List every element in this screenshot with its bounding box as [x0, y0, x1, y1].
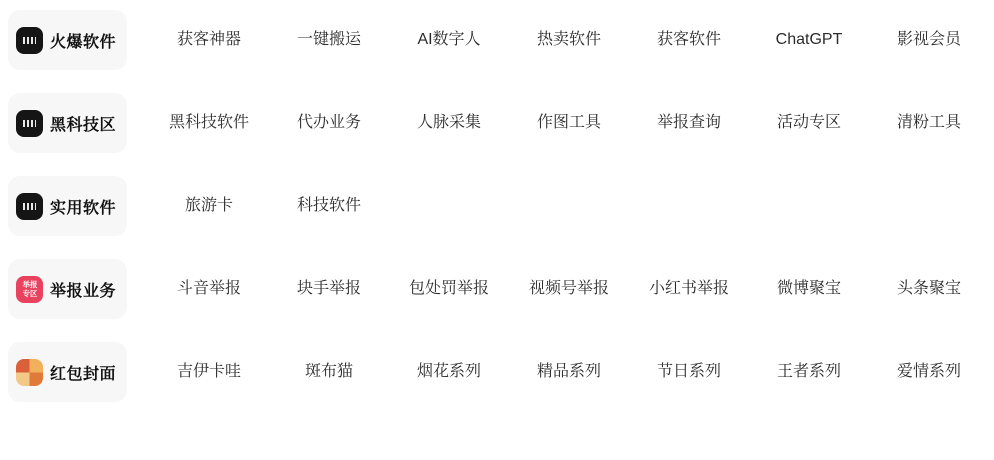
category-item[interactable]: 获客软件 [629, 10, 749, 70]
category-row-report-business: 举报 专区 举报业务 斗音举报 块手举报 包处罚举报 视频号举报 小红书举报 微… [0, 259, 994, 319]
category-item[interactable]: 活动专区 [749, 93, 869, 153]
category-item[interactable]: 包处罚举报 [389, 259, 509, 319]
item-list: 斗音举报 块手举报 包处罚举报 视频号举报 小红书举报 微博聚宝 头条聚宝 [149, 259, 989, 319]
report-icon-text-bottom: 专区 [22, 289, 37, 297]
category-item[interactable]: 热卖软件 [509, 10, 629, 70]
category-item[interactable]: 微博聚宝 [749, 259, 869, 319]
category-tab-report-business[interactable]: 举报 专区 举报业务 [8, 259, 127, 319]
category-item[interactable]: 烟花系列 [389, 342, 509, 402]
category-item[interactable]: ChatGPT [749, 10, 869, 70]
category-item[interactable]: 代办业务 [269, 93, 389, 153]
report-icon-text-top: 举报 [22, 280, 37, 288]
item-list: 吉伊卡哇 斑布猫 烟花系列 精品系列 节日系列 王者系列 爱情系列 [149, 342, 989, 402]
category-item[interactable]: 清粉工具 [869, 93, 989, 153]
black-app-icon [16, 193, 43, 220]
category-item[interactable]: 一键搬运 [269, 10, 389, 70]
category-tab-red-packet-covers[interactable]: 红包封面 [8, 342, 127, 402]
category-item[interactable]: 斗音举报 [149, 259, 269, 319]
category-item[interactable]: 爱情系列 [869, 342, 989, 402]
category-item[interactable]: 举报查询 [629, 93, 749, 153]
category-item[interactable]: 视频号举报 [509, 259, 629, 319]
category-item[interactable]: 黑科技软件 [149, 93, 269, 153]
black-app-icon [16, 110, 43, 137]
category-item[interactable]: 头条聚宝 [869, 259, 989, 319]
item-list: 黑科技软件 代办业务 人脉采集 作图工具 举报查询 活动专区 清粉工具 [149, 93, 989, 153]
category-item[interactable]: 精品系列 [509, 342, 629, 402]
category-label: 红包封面 [50, 361, 116, 384]
category-item[interactable]: 科技软件 [269, 176, 389, 236]
item-list: 获客神器 一键搬运 AI数字人 热卖软件 获客软件 ChatGPT 影视会员 [149, 10, 989, 70]
category-label: 举报业务 [50, 278, 116, 301]
category-row-black-tech: 黑科技区 黑科技软件 代办业务 人脉采集 作图工具 举报查询 活动专区 清粉工具 [0, 93, 994, 153]
category-item[interactable]: 人脉采集 [389, 93, 509, 153]
category-row-red-packet-covers: 红包封面 吉伊卡哇 斑布猫 烟花系列 精品系列 节日系列 王者系列 爱情系列 [0, 342, 994, 402]
item-list: 旅游卡 科技软件 [149, 176, 389, 236]
category-menu: 火爆软件 获客神器 一键搬运 AI数字人 热卖软件 获客软件 ChatGPT 影… [0, 0, 994, 402]
category-tab-hot-software[interactable]: 火爆软件 [8, 10, 127, 70]
category-tab-practical-software[interactable]: 实用软件 [8, 176, 127, 236]
report-zone-icon: 举报 专区 [16, 276, 43, 303]
category-label: 火爆软件 [50, 29, 116, 52]
category-item[interactable]: 吉伊卡哇 [149, 342, 269, 402]
category-row-practical-software: 实用软件 旅游卡 科技软件 [0, 176, 994, 236]
category-item[interactable]: 王者系列 [749, 342, 869, 402]
red-packet-cover-icon [16, 359, 43, 386]
category-item[interactable]: 小红书举报 [629, 259, 749, 319]
category-label: 实用软件 [50, 195, 116, 218]
category-item[interactable]: AI数字人 [389, 10, 509, 70]
category-row-hot-software: 火爆软件 获客神器 一键搬运 AI数字人 热卖软件 获客软件 ChatGPT 影… [0, 10, 994, 70]
category-item[interactable]: 旅游卡 [149, 176, 269, 236]
category-item[interactable]: 影视会员 [869, 10, 989, 70]
category-tab-black-tech[interactable]: 黑科技区 [8, 93, 127, 153]
category-item[interactable]: 作图工具 [509, 93, 629, 153]
category-item[interactable]: 斑布猫 [269, 342, 389, 402]
category-item[interactable]: 块手举报 [269, 259, 389, 319]
category-item[interactable]: 获客神器 [149, 10, 269, 70]
category-item[interactable]: 节日系列 [629, 342, 749, 402]
category-label: 黑科技区 [50, 112, 116, 135]
black-app-icon [16, 27, 43, 54]
